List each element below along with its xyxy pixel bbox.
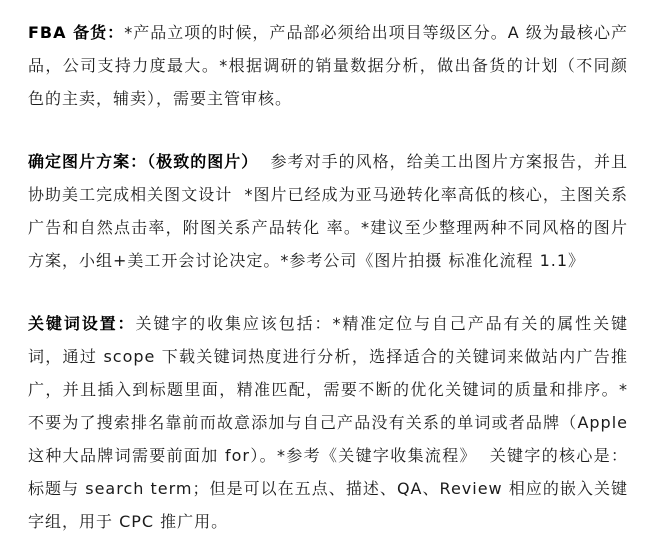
- paragraph-keyword-setup: 关键词设置：关键字的收集应该包括：*精准定位与自己产品有关的属性关键词，通过 s…: [28, 307, 628, 538]
- paragraph-heading-image-plan: 确定图片方案：（极致的图片）: [28, 152, 258, 171]
- paragraph-fba-stocking: FBA 备货：*产品立项的时候，产品部必须给出项目等级区分。A 级为最核心产品，…: [28, 16, 628, 115]
- paragraph-image-plan: 确定图片方案：（极致的图片） 参考对手的风格，给美工出图片方案报告，并且协助美工…: [28, 145, 628, 277]
- paragraph-body-keyword-setup: 关键字的收集应该包括：*精准定位与自己产品有关的属性关键词，通过 scope 下…: [28, 314, 634, 531]
- document-page: FBA 备货：*产品立项的时候，产品部必须给出项目等级区分。A 级为最核心产品，…: [0, 0, 652, 552]
- paragraph-heading-fba-stocking: FBA 备货：: [28, 23, 124, 42]
- paragraph-heading-keyword-setup: 关键词设置：: [28, 314, 135, 333]
